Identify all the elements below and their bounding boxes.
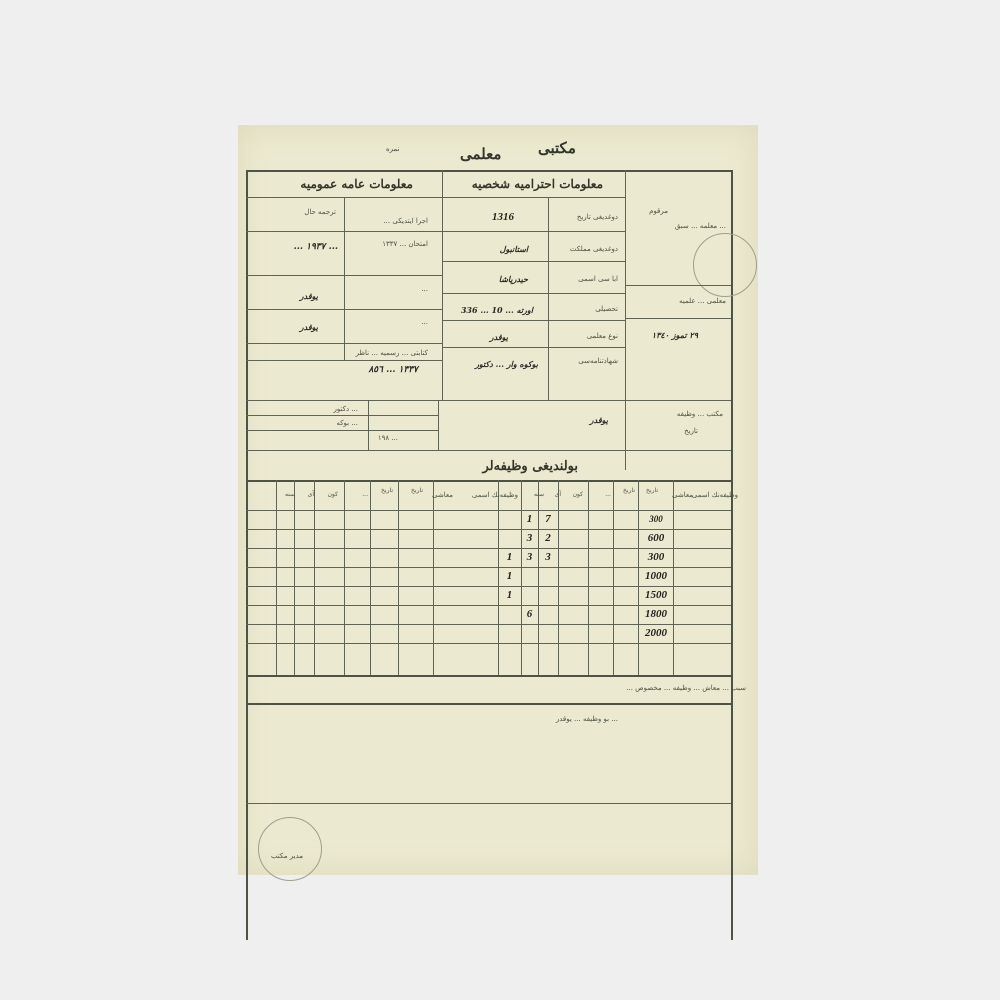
row5-year: 1	[498, 589, 521, 601]
rule	[625, 318, 731, 319]
rule	[442, 347, 625, 348]
general-footer-2: ١٣٣٧ ... ٨٥٦	[368, 365, 418, 375]
rule	[442, 293, 625, 294]
rule	[438, 400, 439, 450]
th-month-right: آی	[555, 491, 561, 498]
rule	[246, 231, 442, 232]
general-info-header: معلومات عامه عمومیه	[300, 177, 413, 191]
frame-left	[246, 170, 248, 940]
general-row-3-label: ...	[421, 318, 428, 326]
th-misc-right: ...	[605, 491, 611, 498]
rule	[548, 197, 549, 400]
row1-salary: 300	[640, 514, 672, 524]
general-row-1-value: ... ١٩٣٧ ...	[294, 242, 338, 252]
document-page: مكتبی معلمی نمره معلومات عامه عمومیه ترج…	[238, 125, 758, 875]
th-date-a-right: تاریخ	[646, 487, 658, 494]
general-col-right-label: اجرا ایتدیکی ...	[383, 217, 428, 225]
remarks-line1: سبب ... معاش ... وظیفه ... مخصوص ...	[626, 684, 746, 692]
divider-birth-right	[625, 170, 626, 470]
row3-day: 3	[538, 551, 558, 563]
rule	[246, 400, 625, 401]
rule	[246, 309, 442, 310]
th-salary-left: معاشی	[432, 491, 453, 499]
personal-value-education: اورته ... 10 ... 336	[461, 305, 533, 315]
rule	[344, 197, 345, 360]
rule	[368, 400, 369, 450]
general-row-2-label: ...	[421, 285, 428, 293]
th-date-b-right: تاریخ	[623, 487, 635, 494]
rule	[442, 231, 625, 232]
row6-salary: 1800	[640, 608, 672, 620]
row1-month: 1	[521, 513, 538, 525]
rule	[625, 285, 731, 286]
rule	[246, 275, 442, 276]
personal-value-diploma: بوکوه وار ... دکتور	[475, 359, 538, 369]
row3-month: 3	[521, 551, 538, 563]
rule	[246, 703, 731, 705]
rule	[442, 261, 625, 262]
row5-salary: 1500	[640, 589, 672, 601]
middle-row-2: ... بوکه	[336, 419, 358, 427]
th-day-left: كون	[328, 491, 338, 498]
rule	[246, 548, 731, 549]
right-box-line6: تاریخ	[684, 427, 698, 435]
personal-info-header: معلومات احترامیه شخصیه	[472, 177, 603, 191]
row4-year: 1	[498, 570, 521, 582]
rule	[246, 430, 438, 431]
row3-year: 1	[498, 551, 521, 563]
th-salary-right: معاشی	[672, 491, 693, 499]
frame-top	[246, 170, 731, 172]
right-box-line1: مرقوم	[649, 207, 668, 215]
personal-value-birthplace: استانبول	[500, 244, 528, 254]
th-month-left: آی	[308, 491, 314, 498]
right-box-line2: ... معلمه ... سبق	[675, 222, 726, 230]
rule	[246, 643, 731, 644]
personal-value-father: حیدرپاشا	[499, 274, 528, 284]
general-row-2-value: یوقدر	[300, 291, 318, 301]
middle-row-1: ... دکتور	[334, 405, 358, 413]
personal-label-birthplace: دوغدیغی مملکت	[570, 245, 618, 253]
personal-label-birthdate: دوغدیغی تاریخ	[577, 213, 618, 221]
rule	[246, 624, 731, 625]
rule	[246, 360, 442, 361]
right-box-date: ٢٩ تموز ١٣٤٠	[652, 330, 698, 340]
th-day-right: كون	[573, 491, 583, 498]
row2-salary: 600	[640, 532, 672, 544]
personal-label-diploma: شهادتنامه‌سی	[578, 357, 618, 365]
rule	[625, 400, 731, 401]
right-box-line5: مکتب ... وظیفه	[677, 410, 723, 418]
title-school: مكتبی	[538, 139, 576, 157]
th-misc-left: ...	[362, 491, 368, 498]
general-row-3-value: یوقدر	[300, 322, 318, 332]
rule	[442, 197, 625, 198]
th-year-right: سنه	[534, 491, 544, 498]
row3-salary: 300	[640, 551, 672, 563]
general-row-1-label: امتحان ... ١٣٣٧	[382, 240, 428, 248]
personal-value-type: یوقدر	[490, 332, 508, 342]
row4-salary: 1000	[640, 570, 672, 582]
rule	[246, 567, 731, 568]
personal-label-education: تحصیلی	[595, 305, 618, 313]
general-footer-1: کتابتی ... رسمیه ... ناظر	[356, 349, 428, 357]
personal-value-birthdate: 1316	[488, 211, 518, 223]
remarks-line2: ... بو وظیفه ... یوقدر	[556, 715, 618, 723]
th-year-left: سنه	[285, 491, 295, 498]
rule	[246, 450, 731, 451]
row2-day: 2	[538, 532, 558, 544]
rule	[246, 415, 438, 416]
frame-bottom-divider	[246, 803, 731, 804]
rule	[246, 586, 731, 587]
row6-month: 6	[521, 608, 538, 620]
row2-month: 3	[521, 532, 538, 544]
title-teacher: معلمی	[460, 145, 501, 163]
right-box-line3: معلمی ... علمیه	[679, 297, 726, 305]
row7-salary: 2000	[640, 627, 672, 639]
middle-row-3: ... ١٩٨	[378, 434, 398, 442]
general-col-left-label: ترجمه حال	[304, 208, 336, 216]
service-header: بولندیغی وظیفه‌لر	[482, 459, 578, 474]
row1-day: 7	[538, 513, 558, 525]
rule	[246, 510, 731, 511]
rule	[246, 343, 442, 344]
stamp-circle-top	[693, 233, 757, 297]
th-duty-right: وظیفه‌نك اسمی	[692, 491, 738, 499]
seal-circle	[258, 817, 322, 881]
seal-label: مدیر مکتب	[271, 852, 303, 860]
rule	[246, 675, 731, 677]
th-duty-left: وظیفه‌نك اسمی	[472, 491, 518, 499]
rule	[246, 529, 731, 530]
personal-label-type: نوع معلمی	[587, 332, 618, 340]
rule	[246, 605, 731, 606]
th-date-b-left: تاریخ	[381, 487, 393, 494]
rule	[246, 480, 731, 482]
divider-general-birth	[442, 170, 443, 400]
title-number-note: نمره	[386, 145, 400, 153]
middle-center: یوقدر	[590, 415, 608, 425]
rule	[442, 320, 625, 321]
personal-label-father: ابا سی اسمی	[578, 275, 618, 283]
th-date-a-left: تاریخ	[411, 487, 423, 494]
